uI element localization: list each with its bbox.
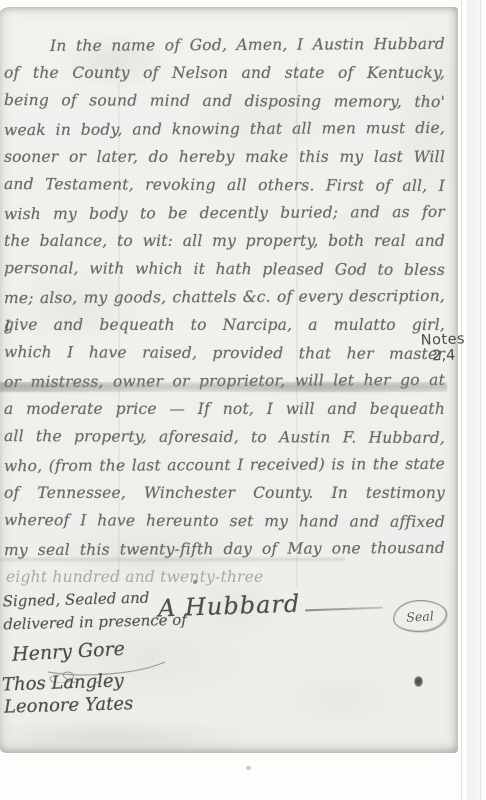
witness-signatures: Henry Gore Thos Langley Leonore Yates [2, 639, 202, 715]
will-line: give and bequeath to Narcipa, a mulatto … [4, 311, 445, 339]
will-line: In the name of God, Amen, I Austin Hubba… [4, 30, 445, 60]
fold-crease [0, 556, 345, 563]
will-line: being of sound mind and disposing memory… [4, 86, 445, 116]
will-line: the balance, to wit: all my property, bo… [4, 227, 445, 255]
witness-signature: Leonore Yates [2, 691, 202, 717]
will-line: wish my body to be decently buried; and … [4, 198, 445, 228]
scanned-page: In the name of God, Amen, I Austin Hubba… [0, 0, 486, 800]
scan-edge-line [480, 0, 481, 800]
will-line: sooner or later, do hereby make this my … [4, 143, 445, 171]
margin-note-line: Notes [420, 331, 465, 349]
will-line: weak in body, and knowing that all men m… [4, 114, 445, 144]
signature-row: A Hubbard Seal [158, 592, 447, 632]
document-paper: In the name of God, Amen, I Austin Hubba… [0, 7, 458, 753]
scan-edge-line [461, 0, 462, 800]
will-line: of the County of Nelson and state of Ken… [4, 59, 445, 87]
scan-edge-band [467, 0, 480, 800]
ink-blot [414, 676, 423, 687]
will-line: and Testament, revoking all others. Firs… [4, 170, 445, 200]
will-line: all the property, aforesaid, to Austin F… [4, 422, 445, 452]
pencil-margin-note: Notes 2,4 [420, 331, 465, 365]
will-body-text: In the name of God, Amen, I Austin Hubba… [4, 31, 445, 591]
will-line: which I have raised, provided that her m… [4, 338, 445, 368]
hand-drawn-seal: Seal [392, 599, 448, 634]
testator-signature: A Hubbard [158, 590, 301, 623]
will-line: me; also, my goods, chattels &c. of ever… [4, 282, 445, 312]
will-line: a moderate price — If not, I will and be… [4, 395, 445, 423]
seal-label: Seal [406, 608, 434, 624]
ink-speck [193, 580, 197, 584]
fold-crease [0, 382, 447, 392]
margin-note-line: 2,4 [421, 347, 466, 365]
will-line: whereof I have hereunto set my hand and … [4, 506, 445, 536]
will-line: who, (from the last account I received) … [4, 450, 445, 480]
will-line: of Tennessee, Winchester County. In test… [4, 479, 445, 507]
will-line: personal, with which it hath pleased God… [4, 254, 445, 284]
dust-speck [246, 766, 251, 770]
will-line: eight hundred and twenty-three [4, 563, 445, 591]
signature-flourish [305, 607, 383, 612]
